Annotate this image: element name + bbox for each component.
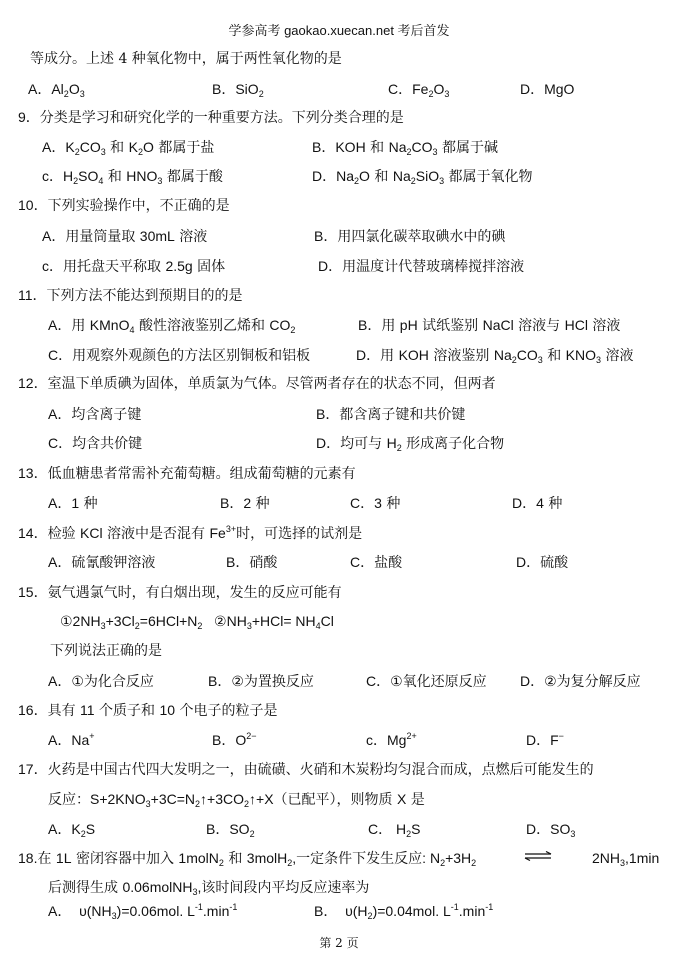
q13-option-d: D．4 种 <box>512 494 562 513</box>
question-14: 14．检验 KCl 溶液中是否混有 Fe3+时，可选择的试剂是 <box>18 524 362 543</box>
q8-option-b: B．SiO2 <box>212 80 264 98</box>
question-13: 13．低血糖患者常需补充葡萄糖。组成葡萄糖的元素有 <box>18 464 356 483</box>
q9-option-a: A．K2CO3 和 K2O 都属于盐 <box>42 138 214 157</box>
q10-option-b: B．用四氯化碳萃取碘水中的碘 <box>314 227 505 246</box>
q16-option-c: c．Mg2+ <box>366 731 417 749</box>
q12-option-d: D．均可与 H2 形成离子化合物 <box>316 434 504 453</box>
question-11: 11．下列方法不能达到预期目的的是 <box>18 286 243 305</box>
q15-option-d: D．②为复分解反应 <box>520 672 641 691</box>
q12-option-a: A．均含离子键 <box>48 405 141 424</box>
page-number: 第 2 页 <box>0 934 678 951</box>
q17-option-c: C． H2S <box>368 820 420 838</box>
q11-option-a: A．用 KMnO4 酸性溶液鉴别乙烯和 CO2 <box>48 316 295 335</box>
q9-option-b: B．KOH 和 Na2CO3 都属于碱 <box>312 138 498 157</box>
page-header: 学参高考 gaokao.xuecan.net 考后首发 <box>0 20 678 39</box>
question-15: 15．氨气遇氯气时，有白烟出现，发生的反应可能有 <box>18 583 342 602</box>
q18-option-a: A． υ(NH3)=0.06mol. L-1.min-1 <box>48 902 237 920</box>
q14-option-a: A．硫氰酸钾溶液 <box>48 553 155 572</box>
q8-option-c: C．Fe2O3 <box>388 80 449 98</box>
q15-option-b: B．②为置换反应 <box>208 672 314 691</box>
q13-option-a: A．1 种 <box>48 494 98 513</box>
q17-option-d: D．SO3 <box>526 820 575 838</box>
equilibrium-arrow-icon <box>523 851 553 861</box>
q17-stem-cont: 反应：S+2KNO3+3C=N2↑+3CO2↑+X（已配平），则物质 X 是 <box>48 790 425 809</box>
q11-option-c: C．用观察外观颜色的方法区别铜板和铝板 <box>48 346 310 365</box>
q14-option-d: D．硫酸 <box>516 553 568 572</box>
question-16: 16．具有 11 个质子和 10 个电子的粒子是 <box>18 701 278 720</box>
q18-option-b: B． υ(H2)=0.04mol. L-1.min-1 <box>314 902 493 920</box>
q18-stem-cont: 后测得生成 0.06molNH3,该时间段内平均反应速率为 <box>48 878 369 897</box>
q11-option-d: D．用 KOH 溶液鉴别 Na2CO3 和 KNO3 溶液 <box>356 346 633 365</box>
q15-option-a: A．①为化合反应 <box>48 672 154 691</box>
q10-option-a: A．用量筒量取 30mL 溶液 <box>42 227 207 246</box>
q8-stem-tail: 等成分。上述 4 种氧化物中，属于两性氧化物的是 <box>30 50 342 68</box>
q11-option-b: B．用 pH 试纸鉴别 NaCl 溶液与 HCl 溶液 <box>358 316 620 335</box>
q16-option-a: A．Na+ <box>48 731 95 749</box>
q17-option-b: B．SO2 <box>206 820 255 838</box>
q13-option-c: C．3 种 <box>350 494 400 513</box>
question-10: 10．下列实验操作中，不正确的是 <box>18 196 230 215</box>
q8-option-a: A．Al2O3 <box>28 80 85 98</box>
question-18: 18.在 1L 密闭容器中加入 1molN2 和 3molH2,一定条件下发生反… <box>18 849 476 868</box>
q13-option-b: B．2 种 <box>220 494 270 513</box>
q14-option-b: B．硝酸 <box>226 553 277 572</box>
q16-option-b: B．O2− <box>212 731 257 749</box>
q18-product: 2NH3,1min <box>592 849 659 867</box>
q12-option-b: B．都含离子键和共价键 <box>316 405 465 424</box>
q17-option-a: A．K2S <box>48 820 95 838</box>
q10-option-c: c．用托盘天平称取 2.5g 固体 <box>42 257 225 276</box>
question-12: 12．室温下单质碘为固体，单质氯为气体。尽管两者存在的状态不同，但两者 <box>18 374 496 393</box>
q9-option-d: D．Na2O 和 Na2SiO3 都属于氧化物 <box>312 167 533 186</box>
question-17: 17．火药是中国古代四大发明之一，由硫磺、火硝和木炭粉均匀混合而成，点燃后可能发… <box>18 760 594 779</box>
q8-option-d: D．MgO <box>520 80 574 98</box>
q10-option-d: D．用温度计代替玻璃棒搅拌溶液 <box>318 257 524 276</box>
q15-sub-stem: 下列说法正确的是 <box>50 642 162 660</box>
q16-option-d: D．F− <box>526 731 564 749</box>
q14-option-c: C．盐酸 <box>350 553 402 572</box>
question-9: 9．分类是学习和研究化学的一种重要方法。下列分类合理的是 <box>18 108 404 127</box>
q15-equations: ①2NH3+3Cl2=6HCl+N2 ②NH3+HCl= NH4Cl <box>60 612 334 630</box>
q15-option-c: C．①氧化还原反应 <box>366 672 487 691</box>
q12-option-c: C．均含共价键 <box>48 434 142 453</box>
q9-option-c: c．H2SO4 和 HNO3 都属于酸 <box>42 167 223 186</box>
